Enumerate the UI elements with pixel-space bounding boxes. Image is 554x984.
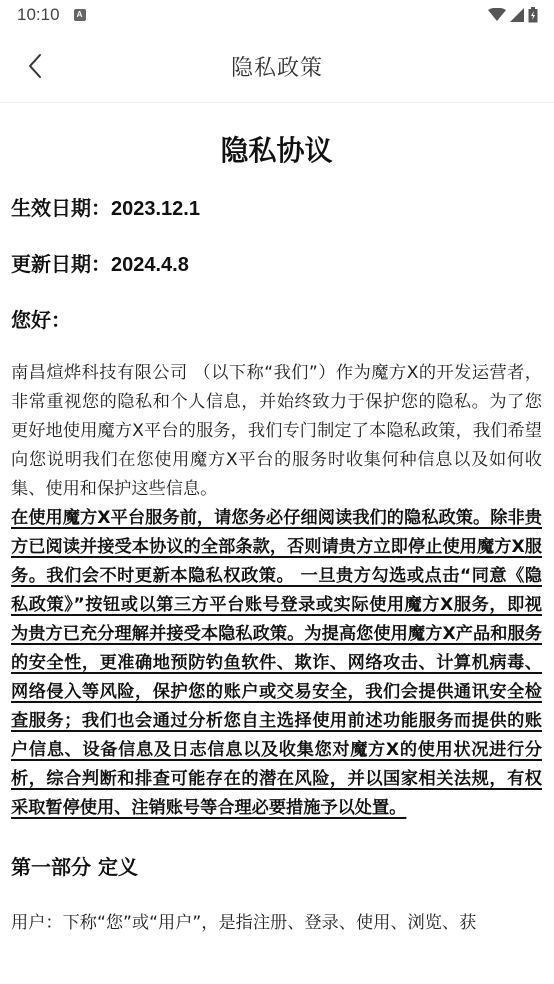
back-button[interactable] xyxy=(18,49,52,83)
section-1-paragraph: 用户：下称“您”或“用户”，是指注册、登录、使用、浏览、获 xyxy=(11,909,542,938)
effective-date-line: 生效日期：2023.12.1 xyxy=(11,189,542,227)
document-content: 隐私协议 生效日期：2023.12.1 更新日期：2024.4.8 您好： 南昌… xyxy=(0,131,554,938)
status-bar: 10:10 A xyxy=(0,0,554,30)
effective-date-value: 2023.12.1 xyxy=(111,198,200,220)
updated-date-line: 更新日期：2024.4.8 xyxy=(11,245,542,283)
battery-charging-icon xyxy=(528,7,538,23)
signal-icon xyxy=(510,8,524,22)
document-title: 隐私协议 xyxy=(11,131,542,171)
page-title: 隐私政策 xyxy=(231,51,323,82)
status-time: 10:10 xyxy=(17,5,60,25)
intro-paragraph: 南昌煊烨科技有限公司 （以下称“我们”）作为魔方X的开发运营者，非常重视您的隐私… xyxy=(11,359,542,504)
chevron-left-icon xyxy=(27,53,43,79)
notification-icon: A xyxy=(74,9,86,21)
updated-date-value: 2024.4.8 xyxy=(111,254,189,276)
status-left: 10:10 A xyxy=(17,5,86,25)
important-notice-paragraph: 在使用魔方X平台服务前，请您务必仔细阅读我们的隐私政策。除非贵方已阅读并接受本协… xyxy=(11,504,542,823)
updated-date-label: 更新日期： xyxy=(11,252,111,276)
status-icons xyxy=(488,7,538,23)
section-1-heading: 第一部分 定义 xyxy=(11,847,542,887)
greeting: 您好： xyxy=(11,301,542,339)
app-header: 隐私政策 xyxy=(0,30,554,103)
wifi-icon xyxy=(488,8,506,22)
effective-date-label: 生效日期： xyxy=(11,196,111,220)
